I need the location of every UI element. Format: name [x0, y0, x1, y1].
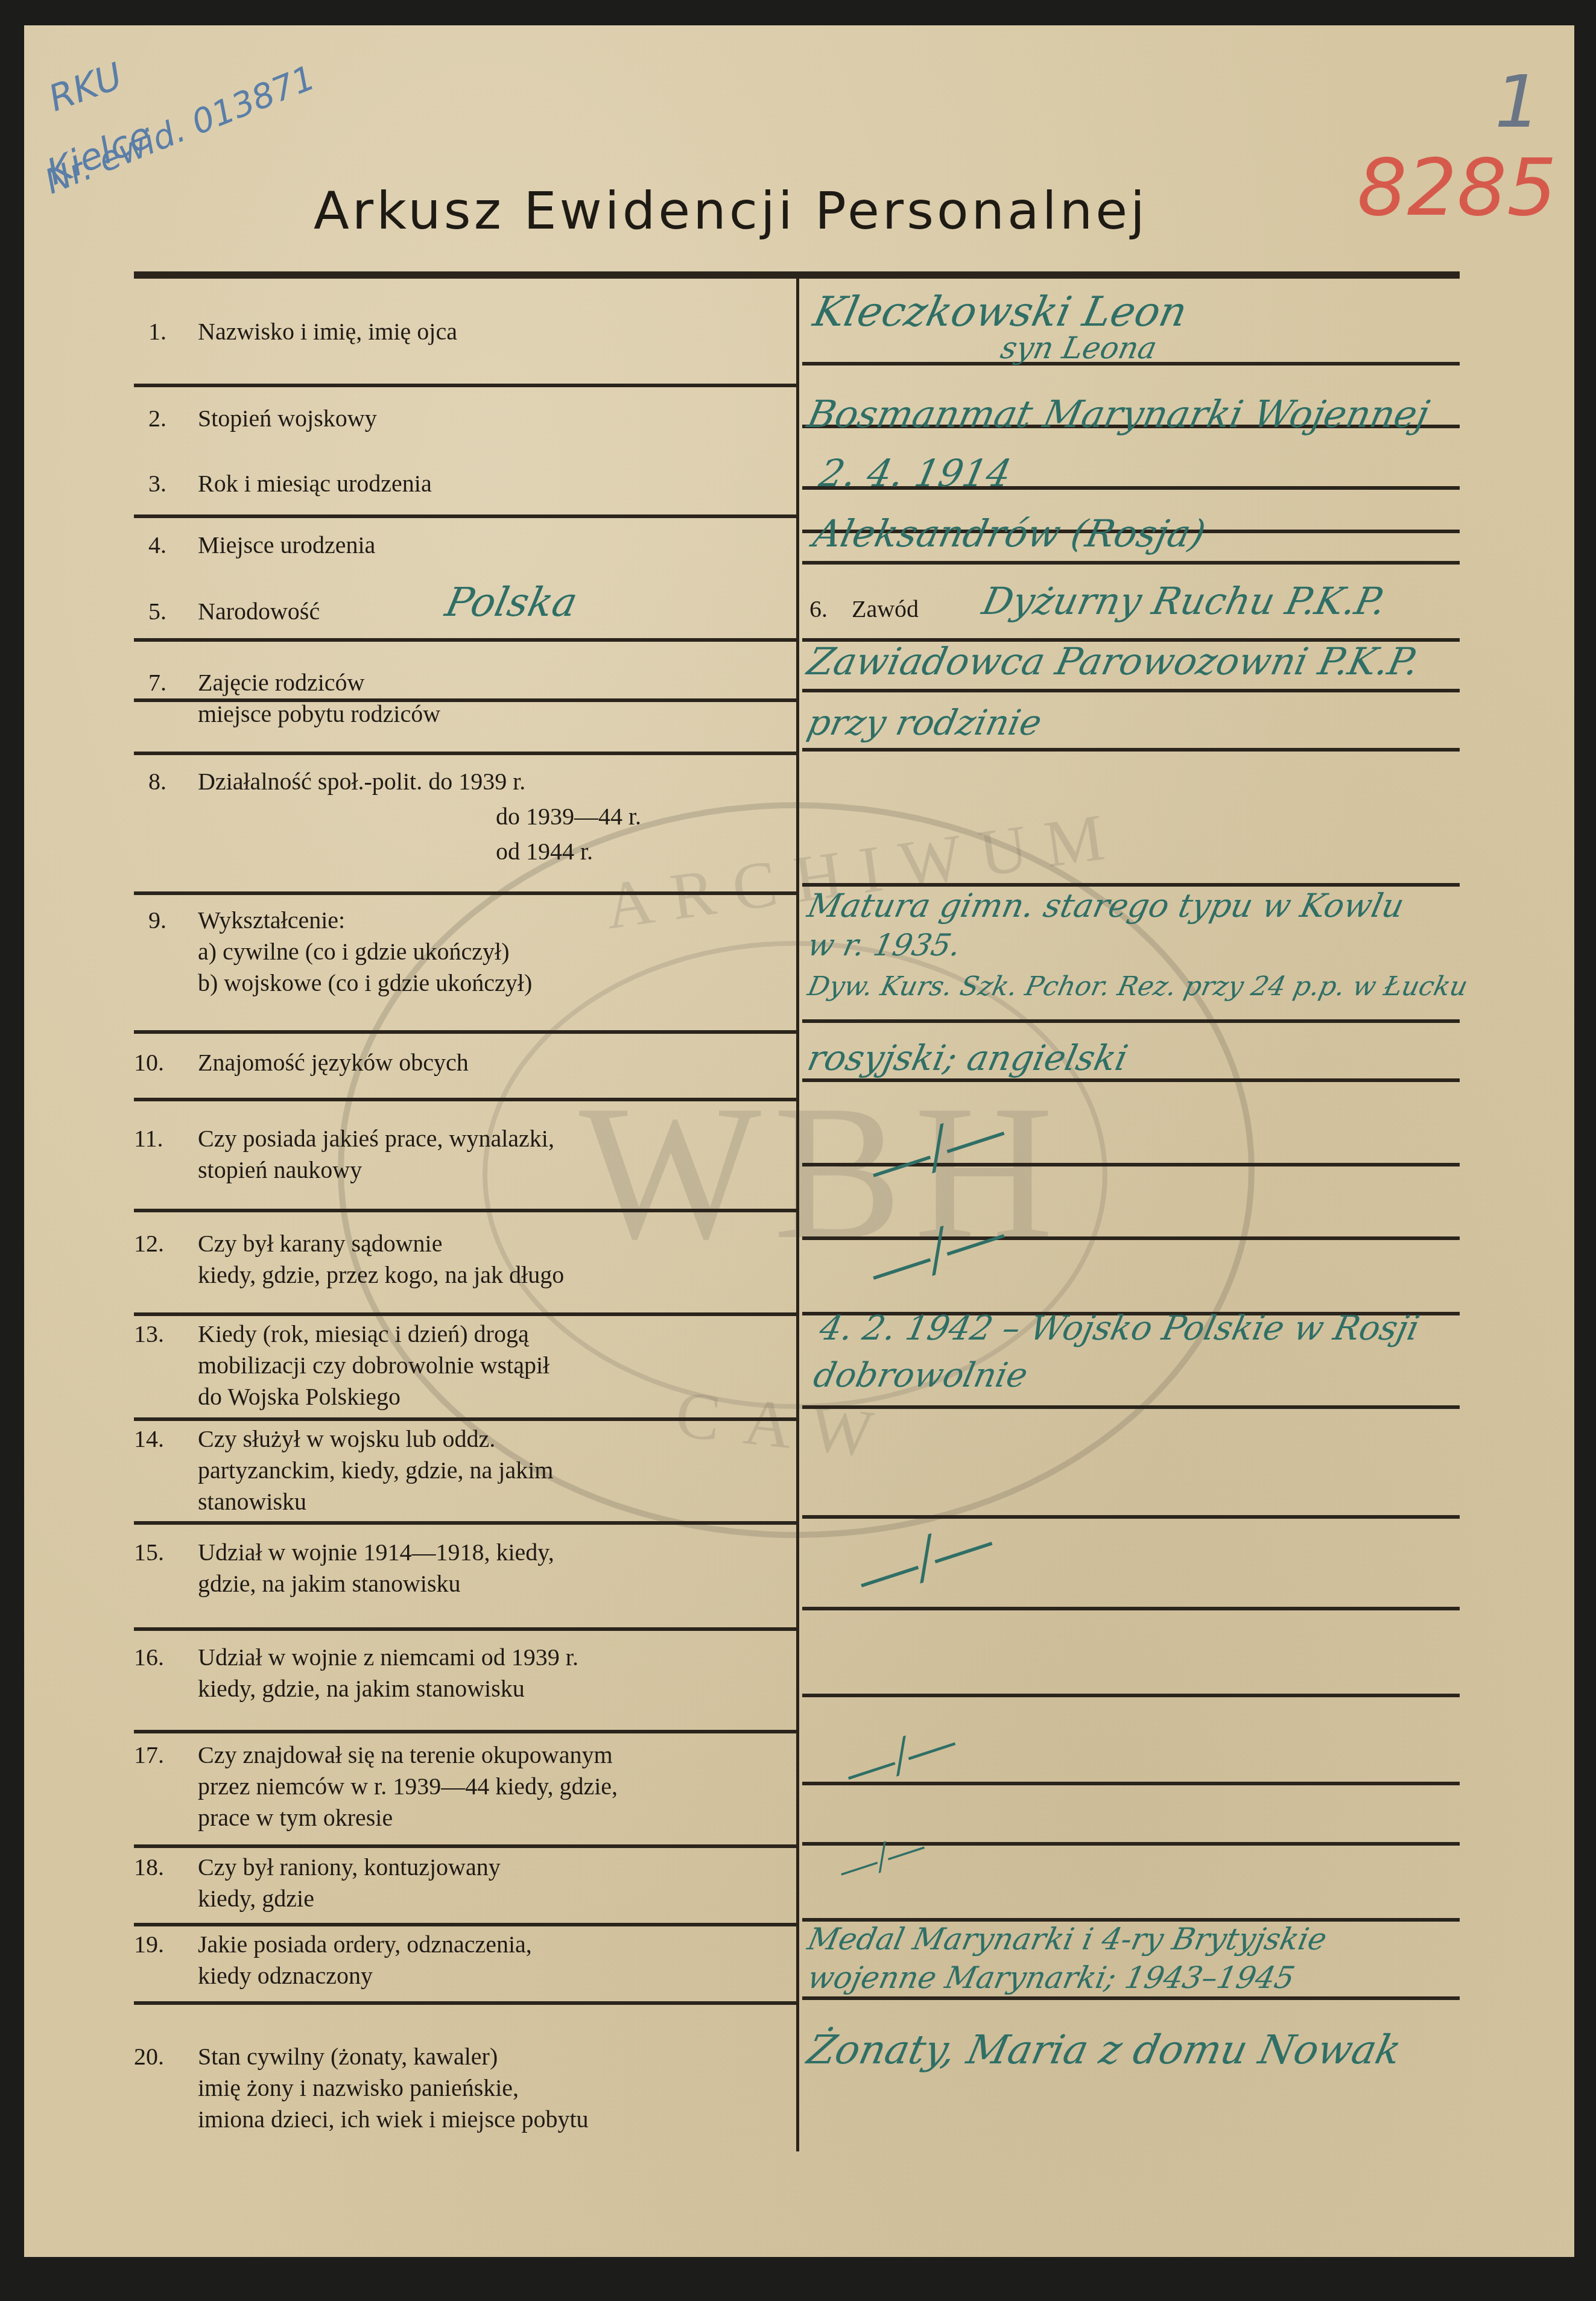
field-answer-2: Bosmanmat Marynarki Wojennej: [803, 392, 1433, 436]
field-answer-7-residence: przy rodzinie: [804, 702, 1045, 743]
field-answer-20: Żonaty, Maria z domu Nowak: [803, 2027, 1405, 2073]
field-answer-6: Dyżurny Ruchu P.K.P.: [978, 579, 1390, 623]
field-label-12: 12.Czy był karany sądowniekiedy, gdzie, …: [134, 1228, 564, 1291]
field-label-11: 11.Czy posiada jakieś prace, wynalazki,s…: [134, 1123, 554, 1186]
field-answer-4: Aleksandrów (Rosja): [809, 511, 1209, 555]
answer-line: [802, 689, 1460, 692]
answer-line: [802, 1607, 1460, 1610]
field-answer-13-line1: 4. 2. 1942 – Wojsko Polskie w Rosji: [816, 1309, 1423, 1348]
row-divider: [134, 1730, 796, 1733]
row-divider: [134, 891, 796, 895]
red-file-number: 8285: [1357, 142, 1557, 233]
row-divider: [134, 1844, 796, 1848]
field-answer-1-father: syn Leona: [998, 331, 1160, 366]
answer-line: [802, 1078, 1460, 1082]
field-label-16: 16.Udział w wojnie z niemcami od 1939 r.…: [134, 1642, 578, 1704]
field-label-4: 4.Miejsce urodzenia: [148, 530, 375, 561]
title-rule: [134, 271, 1460, 279]
field-answer-19-line1: Medal Marynarki i 4-ry Brytyjskie: [805, 1922, 1330, 1957]
row-divider: [134, 2001, 796, 2005]
row-divider: [134, 1923, 796, 1926]
answer-line: [802, 561, 1460, 565]
row-divider: [134, 384, 796, 387]
field-label-8-period-3: od 1944 r.: [496, 836, 593, 867]
pencil-page-number: 1: [1495, 60, 1541, 144]
answer-line: [802, 1405, 1460, 1409]
field-answer-1-name: Kleczkowski Leon: [809, 288, 1191, 336]
field-label-6: 6.Zawód: [809, 593, 919, 625]
field-answer-10: rosyjski; angielski: [804, 1037, 1132, 1078]
row-divider: [134, 1030, 796, 1034]
field-answer-9-line2: w r. 1935.: [805, 928, 964, 963]
row-divider: [134, 514, 796, 518]
field-label-5: 5.Narodowość: [148, 596, 320, 627]
answer-line: [802, 1694, 1460, 1697]
answer-line: [802, 1515, 1460, 1519]
answer-line: [802, 1996, 1460, 2000]
row-divider: [134, 1098, 796, 1101]
column-divider: [796, 279, 799, 2151]
field-label-7: 7.Zajęcie rodzicówmiejsce pobytu rodzicó…: [148, 667, 440, 730]
field-answer-13-line2: dobrowolnie: [810, 1356, 1031, 1395]
field-label-10: 10.Znajomość języków obcych: [134, 1047, 469, 1078]
row-divider: [134, 638, 796, 642]
row-divider: [134, 1521, 796, 1525]
field-answer-9-military: Dyw. Kurs. Szk. Pchor. Rez. przy 24 p.p.…: [805, 971, 1471, 1002]
field-label-8-period-2: do 1939—44 r.: [496, 801, 641, 832]
field-label-2: 2.Stopień wojskowy: [148, 403, 377, 434]
row-divider: [134, 1209, 796, 1212]
field-answer-7-occupation: Zawiadowca Parowozowni P.K.P.: [803, 639, 1422, 683]
field-answer-9-line1: Matura gimn. starego typu w Kowlu: [804, 887, 1407, 925]
field-label-17: 17.Czy znajdował się na terenie okupowan…: [134, 1739, 618, 1834]
field-label-20: 20.Stan cywilny (żonaty, kawaler)imię żo…: [134, 2041, 589, 2135]
field-answer-5: Polska: [442, 579, 581, 625]
field-answer-3: 2. 4. 1914: [815, 451, 1015, 495]
field-label-14: 14.Czy służył w wojsku lub oddz.partyzan…: [134, 1423, 553, 1518]
field-label-18: 18.Czy był raniony, kontuzjowanykiedy, g…: [134, 1852, 501, 1914]
field-label-3: 3.Rok i miesiąc urodzenia: [148, 468, 432, 499]
field-label-8: 8.Działalność społ.-polit. do 1939 r.: [148, 766, 525, 797]
page-title: Arkusz Ewidencji Personalnej: [314, 181, 1148, 241]
row-divider: [134, 1417, 796, 1421]
answer-line: [802, 748, 1460, 752]
field-label-19: 19.Jakie posiada ordery, odznaczenia,kie…: [134, 1929, 532, 1992]
field-label-13: 13.Kiedy (rok, miesiąc i dzień) drogąmob…: [134, 1318, 549, 1413]
row-divider: [134, 1627, 796, 1631]
row-divider: [134, 752, 796, 755]
field-label-1: 1.Nazwisko i imię, imię ojca: [148, 316, 457, 347]
answer-line: [802, 1019, 1460, 1023]
field-label-9: 9.Wykształcenie:a) cywilne (co i gdzie u…: [148, 905, 532, 999]
field-answer-19-line2: wojenne Marynarki; 1943–1945: [805, 1960, 1298, 1995]
row-divider: [134, 1312, 796, 1316]
field-label-15: 15.Udział w wojnie 1914—1918, kiedy,gdzi…: [134, 1537, 554, 1600]
